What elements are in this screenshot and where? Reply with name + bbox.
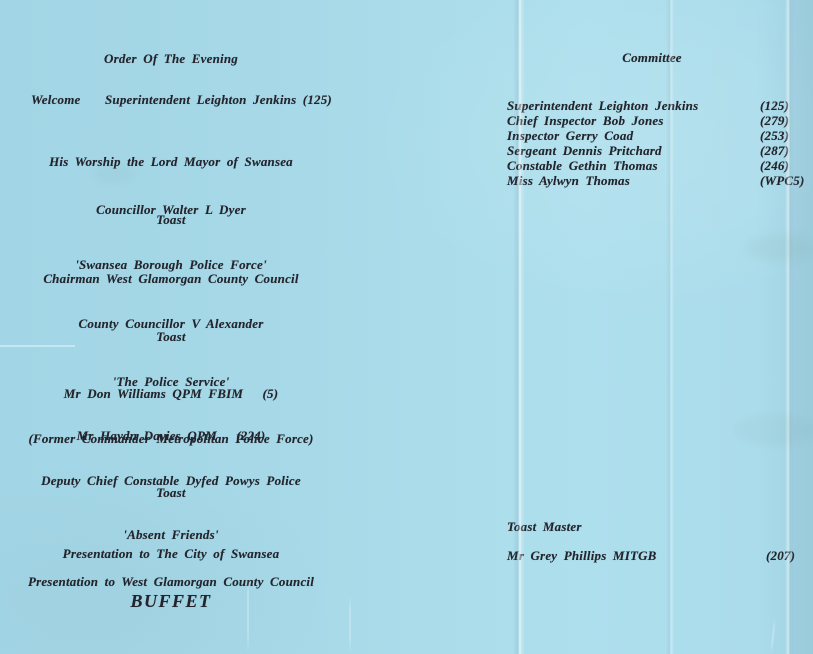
toast-master-number: (207) bbox=[766, 548, 795, 563]
member-name: Inspector Gerry Coad bbox=[507, 128, 633, 143]
committee-row: Superintendent Leighton Jenkins (125) bbox=[507, 98, 813, 113]
welcome-value: Superintendent Leighton Jenkins (125) bbox=[105, 92, 332, 107]
committee-row: Miss Aylwyn Thomas (WPC5) bbox=[507, 173, 813, 188]
paper-smudge bbox=[735, 415, 813, 445]
member-number: (287) bbox=[760, 143, 789, 158]
toast-master-row: Mr Grey Phillips MITGB (207) bbox=[507, 548, 813, 563]
toast-master-label: Toast Master bbox=[507, 519, 582, 534]
member-number: (125) bbox=[760, 98, 789, 113]
member-name: Constable Gethin Thomas bbox=[507, 158, 658, 173]
committee-row: Inspector Gerry Coad (253) bbox=[507, 128, 813, 143]
buffet-heading: BUFFET bbox=[0, 590, 342, 612]
paper-crease-mark bbox=[770, 618, 776, 654]
order-of-evening-title: Order Of The Evening bbox=[0, 51, 342, 66]
welcome-label: Welcome bbox=[31, 92, 81, 107]
paper-smudge bbox=[745, 235, 813, 261]
member-number: (253) bbox=[760, 128, 789, 143]
program-line: Presentation to West Glamorgan County Co… bbox=[0, 574, 342, 589]
committee-title: Committee bbox=[525, 50, 779, 65]
member-name: Miss Aylwyn Thomas bbox=[507, 173, 630, 188]
member-name: Superintendent Leighton Jenkins bbox=[507, 98, 698, 113]
committee-row: Sergeant Dennis Pritchard (287) bbox=[507, 143, 813, 158]
program-line: His Worship the Lord Mayor of Swansea bbox=[0, 154, 342, 170]
program-line: Toast bbox=[0, 329, 342, 344]
committee-row: Constable Gethin Thomas (246) bbox=[507, 158, 813, 173]
member-name: Sergeant Dennis Pritchard bbox=[507, 143, 662, 158]
member-name: Chief Inspector Bob Jones bbox=[507, 113, 664, 128]
program-line: Toast bbox=[0, 486, 342, 500]
program-line: Chairman West Glamorgan County Council bbox=[0, 271, 342, 286]
scanned-programme-page: Order Of The Evening Welcome Superintend… bbox=[0, 0, 813, 654]
paper-crease-mark bbox=[349, 595, 351, 654]
committee-row: Chief Inspector Bob Jones (279) bbox=[507, 113, 813, 128]
member-number: (246) bbox=[760, 158, 789, 173]
toast-master-name: Mr Grey Phillips MITGB bbox=[507, 548, 657, 563]
program-line: Toast bbox=[0, 212, 342, 227]
member-number: (WPC5) bbox=[760, 173, 805, 188]
program-line: Mr Haydn Davies QPM (224) bbox=[0, 428, 342, 443]
member-number: (279) bbox=[760, 113, 789, 128]
